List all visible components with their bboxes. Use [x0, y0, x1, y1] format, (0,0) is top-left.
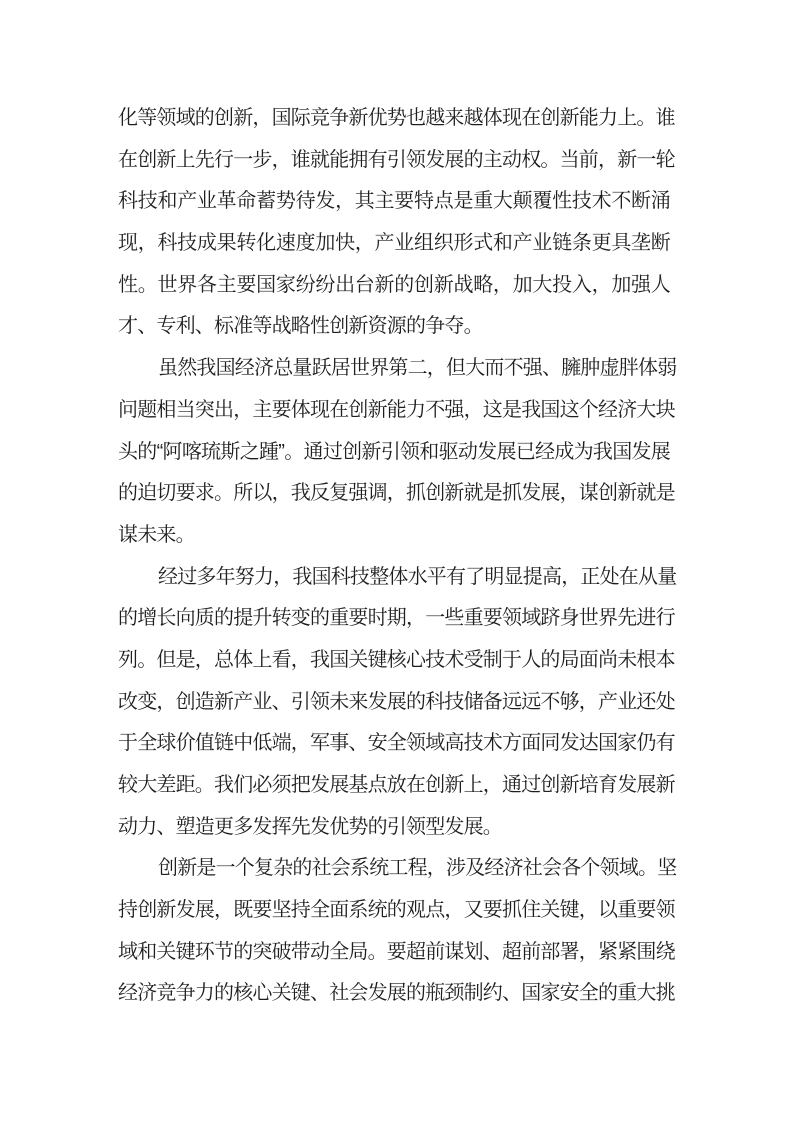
text-line: 性。世界各主要国家纷纷出台新的创新战略，加大投入，加强人: [118, 265, 670, 307]
text-line: 问题相当突出，主要体现在创新能力不强，这是我国这个经济大块: [118, 390, 670, 432]
text-line: 域和关键环节的突破带动全局。要超前谋划、超前部署，紧紧围绕: [118, 932, 670, 974]
text-line: 经济竞争力的核心关键、社会发展的瓶颈制约、国家安全的重大挑: [118, 973, 670, 1015]
text-line: 创新是一个复杂的社会系统工程，涉及经济社会各个领域。坚: [118, 848, 670, 890]
text-line: 谋未来。: [118, 515, 670, 557]
text-line: 现，科技成果转化速度加快，产业组织形式和产业链条更具垄断: [118, 223, 670, 265]
text-line: 于全球价值链中低端，军事、安全领域高技术方面同发达国家仍有: [118, 723, 670, 765]
text-line: 才、专利、标准等战略性创新资源的争夺。: [118, 306, 670, 348]
text-line: 经过多年努力，我国科技整体水平有了明显提高，正处在从量: [118, 557, 670, 599]
text-line: 列。但是，总体上看，我国关键核心技术受制于人的局面尚未根本: [118, 640, 670, 682]
text-line: 较大差距。我们必须把发展基点放在创新上，通过创新培育发展新: [118, 765, 670, 807]
text-line: 的增长向质的提升转变的重要时期，一些重要领域跻身世界先进行: [118, 598, 670, 640]
document-page: 化等领域的创新，国际竞争新优势也越来越体现在创新能力上。谁在创新上先行一步，谁就…: [0, 0, 800, 1130]
text-line: 持创新发展，既要坚持全面系统的观点，又要抓住关键，以重要领: [118, 890, 670, 932]
text-line: 头的“阿喀琉斯之踵”。通过创新引领和驱动发展已经成为我国发展: [118, 432, 670, 474]
text-line: 的迫切要求。所以，我反复强调，抓创新就是抓发展，谋创新就是: [118, 473, 670, 515]
text-line: 科技和产业革命蓄势待发，其主要特点是重大颠覆性技术不断涌: [118, 181, 670, 223]
text-line: 改变，创造新产业、引领未来发展的科技储备远远不够，产业还处: [118, 682, 670, 724]
text-line: 虽然我国经济总量跃居世界第二，但大而不强、臃肿虚胖体弱: [118, 348, 670, 390]
text-line: 动力、塑造更多发挥先发优势的引领型发展。: [118, 807, 670, 849]
text-line: 化等领域的创新，国际竞争新优势也越来越体现在创新能力上。谁: [118, 98, 670, 140]
text-line: 在创新上先行一步，谁就能拥有引领发展的主动权。当前，新一轮: [118, 140, 670, 182]
document-text: 化等领域的创新，国际竞争新优势也越来越体现在创新能力上。谁在创新上先行一步，谁就…: [118, 98, 670, 1015]
